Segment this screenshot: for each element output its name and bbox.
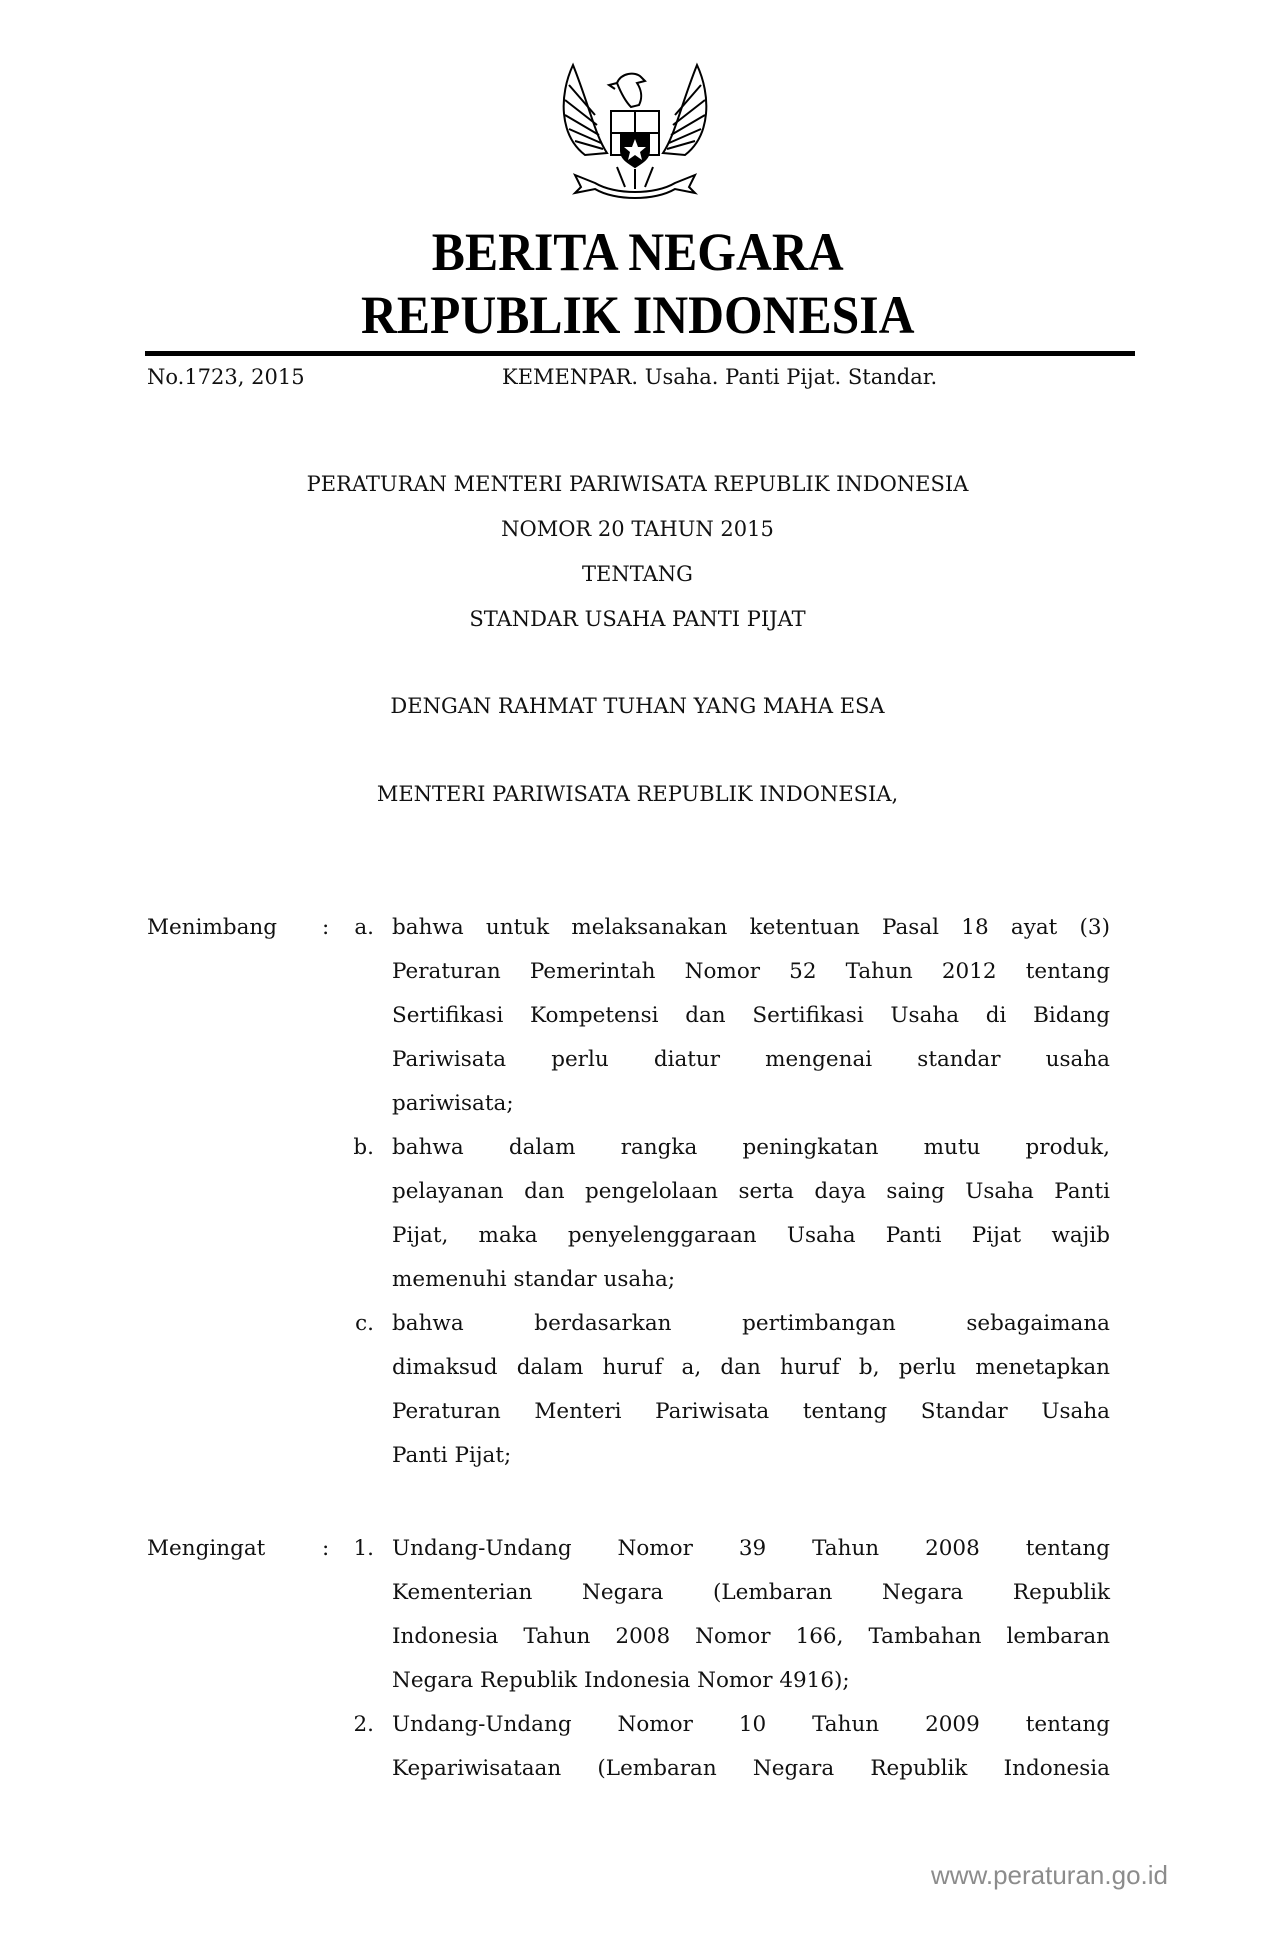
text-line: Kementerian Negara (Lembaran Negara Repu…: [392, 1571, 1110, 1615]
menimbang-colon: [322, 1126, 342, 1302]
menimbang-item-marker: a.: [342, 906, 392, 1126]
menimbang-label: [147, 1302, 322, 1478]
text-line: bahwa untuk melaksanakan ketentuan Pasal…: [392, 906, 1110, 950]
menimbang-label: Menimbang: [147, 906, 322, 1126]
gazette-topic: KEMENPAR. Usaha. Panti Pijat. Standar.: [502, 363, 937, 391]
text-line: bahwa berdasarkan pertimbangan sebagaima…: [392, 1302, 1110, 1346]
text-line: Sertifikasi Kompetensi dan Sertifikasi U…: [392, 994, 1110, 1038]
mengingat-label: [147, 1703, 322, 1791]
menimbang-item: b.bahwa dalam rangka peningkatan mutu pr…: [147, 1126, 1135, 1302]
text-line: Peraturan Menteri Pariwisata tentang Sta…: [392, 1390, 1110, 1434]
menimbang-colon: [322, 1302, 342, 1478]
text-line: memenuhi standar usaha;: [392, 1258, 1110, 1302]
masthead-title: BERITA NEGARA: [51, 222, 1224, 282]
mengingat-item-text: Undang-Undang Nomor 39 Tahun 2008 tentan…: [392, 1527, 1110, 1703]
mengingat-item: Mengingat:1.Undang-Undang Nomor 39 Tahun…: [147, 1527, 1135, 1703]
mengingat-item-marker: 2.: [342, 1703, 392, 1791]
text-line: pariwisata;: [392, 1082, 1110, 1126]
mengingat-section: Mengingat:1.Undang-Undang Nomor 39 Tahun…: [147, 1527, 1135, 1791]
text-line: dimaksud dalam huruf a, dan huruf b, per…: [392, 1346, 1110, 1390]
invocation: DENGAN RAHMAT TUHAN YANG MAHA ESA: [0, 692, 1275, 720]
text-line: Peraturan Pemerintah Nomor 52 Tahun 2012…: [392, 950, 1110, 994]
text-line: Kepariwisataan (Lembaran Negara Republik…: [392, 1747, 1110, 1791]
garuda-emblem-icon: [555, 55, 715, 215]
menimbang-item-marker: c.: [342, 1302, 392, 1478]
regulation-title-line2: NOMOR 20 TAHUN 2015: [0, 515, 1275, 543]
watermark: www.peraturan.go.id: [931, 1860, 1168, 1891]
text-line: Pijat, maka penyelenggaraan Usaha Panti …: [392, 1214, 1110, 1258]
text-line: Panti Pijat;: [392, 1434, 1110, 1478]
gazette-number: No.1723, 2015: [147, 363, 305, 391]
text-line: Undang-Undang Nomor 39 Tahun 2008 tentan…: [392, 1527, 1110, 1571]
menimbang-item-text: bahwa berdasarkan pertimbangan sebagaima…: [392, 1302, 1110, 1478]
mengingat-item: 2.Undang-Undang Nomor 10 Tahun 2009 tent…: [147, 1703, 1135, 1791]
regulation-title-line1: PERATURAN MENTERI PARIWISATA REPUBLIK IN…: [0, 470, 1275, 498]
masthead-subtitle: REPUBLIK INDONESIA: [51, 285, 1224, 345]
text-line: Indonesia Tahun 2008 Nomor 166, Tambahan…: [392, 1615, 1110, 1659]
menimbang-item: c.bahwa berdasarkan pertimbangan sebagai…: [147, 1302, 1135, 1478]
mengingat-label: Mengingat: [147, 1527, 322, 1703]
regulation-title-line3: TENTANG: [0, 560, 1275, 588]
authority: MENTERI PARIWISATA REPUBLIK INDONESIA,: [0, 780, 1275, 808]
menimbang-section: Menimbang:a.bahwa untuk melaksanakan ket…: [147, 906, 1135, 1478]
mengingat-item-text: Undang-Undang Nomor 10 Tahun 2009 tentan…: [392, 1703, 1110, 1791]
text-line: Undang-Undang Nomor 10 Tahun 2009 tentan…: [392, 1703, 1110, 1747]
mengingat-colon: [322, 1703, 342, 1791]
mengingat-colon: :: [322, 1527, 342, 1703]
text-line: bahwa dalam rangka peningkatan mutu prod…: [392, 1126, 1110, 1170]
menimbang-item-text: bahwa untuk melaksanakan ketentuan Pasal…: [392, 906, 1110, 1126]
menimbang-label: [147, 1126, 322, 1302]
text-line: Negara Republik Indonesia Nomor 4916);: [392, 1659, 1110, 1703]
text-line: Pariwisata perlu diatur mengenai standar…: [392, 1038, 1110, 1082]
menimbang-item-text: bahwa dalam rangka peningkatan mutu prod…: [392, 1126, 1110, 1302]
menimbang-item: Menimbang:a.bahwa untuk melaksanakan ket…: [147, 906, 1135, 1126]
menimbang-item-marker: b.: [342, 1126, 392, 1302]
regulation-title-line4: STANDAR USAHA PANTI PIJAT: [0, 605, 1275, 633]
mengingat-item-marker: 1.: [342, 1527, 392, 1703]
menimbang-colon: :: [322, 906, 342, 1126]
masthead-rule: [145, 351, 1135, 356]
text-line: pelayanan dan pengelolaan serta daya sai…: [392, 1170, 1110, 1214]
